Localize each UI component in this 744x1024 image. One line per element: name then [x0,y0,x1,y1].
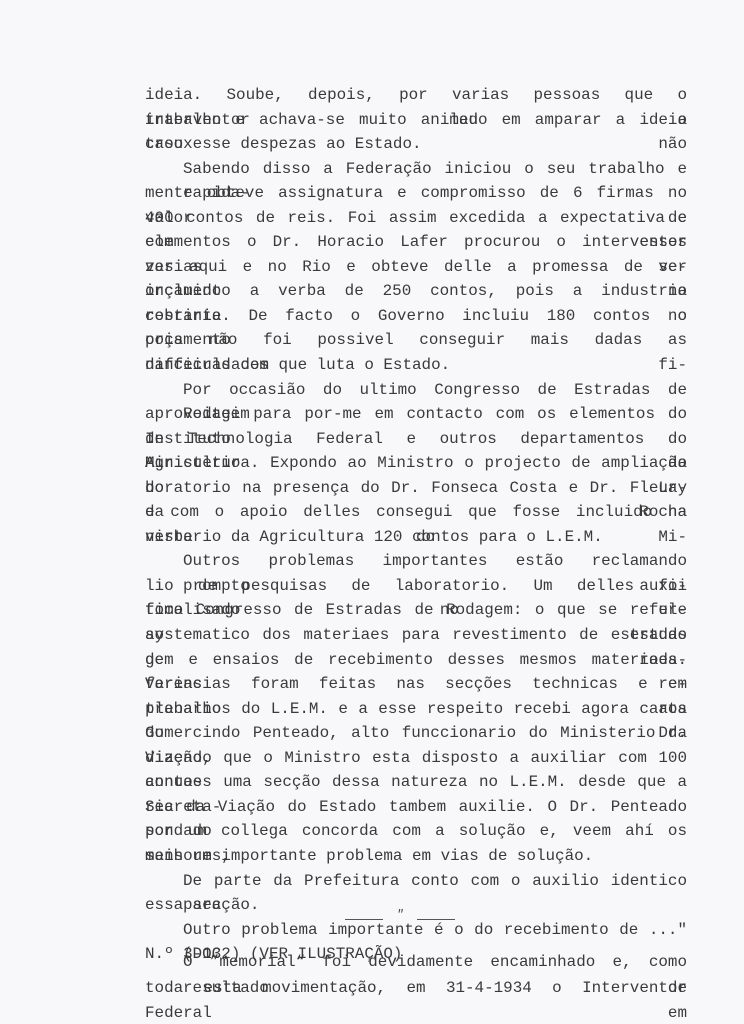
text-line: Gumercindo Penteado, alto funccionario d… [145,721,687,746]
text-line: timo Congresso de Estradas de Rodagem: o… [145,598,687,623]
text-line: trabalhos do L.E.M. e a esse respeito re… [145,697,687,722]
text-line: mais um importante problema em vias de s… [145,844,687,869]
text-line: dizendo que o Ministro esta disposto a a… [145,746,687,771]
text-line: ideia. Soube, depois, por varias pessoas… [145,83,687,108]
text-line: pois não foi possivel conseguir mais dad… [145,328,687,353]
text-line: gem e ensaios de recebimento desses mesm… [145,648,687,673]
text-line: systematico dos materiaes para revestime… [145,623,687,648]
text-line: Agricultura. Expondo ao Ministro o proje… [145,451,687,476]
text-line: Outros problemas importantes estão recla… [145,549,687,574]
text-line: O ”memorial“ foi devidamente encaminhado… [145,950,687,976]
text-line: 400 contos de reis. Foi assim excedida a… [145,206,687,231]
separator-rule-left [345,919,383,920]
text-line: trabalho e achava-se muito animado em am… [145,108,687,133]
text-line: e com o apoio delles consegui que fosse … [145,500,687,525]
text-line: orçamento a verba de 250 contos, pois a … [145,279,687,304]
text-line: restante. De facto o Governo incluiu 180… [145,304,687,329]
text-line: ria da Viação do Estado tambem auxilie. … [145,795,687,820]
body-text: ideia. Soube, depois, por varias pessoas… [145,83,687,967]
text-line: De parte da Prefeitura conto com o auxil… [145,869,687,894]
text-line: de Technologia Federal e outros departam… [145,427,687,452]
text-line: mente obteve assignatura e compromisso d… [145,181,687,206]
text-line: ferencias foram feitas nas secções techn… [145,672,687,697]
text-line: Sabendo disso a Federação iniciou o seu … [145,157,687,182]
text-line: Por occasião do ultimo Congresso de Estr… [145,378,687,403]
document-page: ideia. Soube, depois, por varias pessoas… [0,0,744,1024]
text-line: por um collega concorda com a solução e,… [145,819,687,844]
section-separator: ″ [345,905,455,925]
text-line: toda esta movimentação, em 31-4-1934 o I… [145,976,687,1002]
text-line: aproveitei para por-me em contacto com o… [145,402,687,427]
separator-rule-right [417,919,455,920]
text-line: boratorio na presença do Dr. Fonseca Cos… [145,476,687,501]
text-line: lio de pesquisas de laboratorio. Um dell… [145,574,687,599]
continuation-text: O ”memorial“ foi devidamente encaminhado… [145,950,687,1001]
text-line: zes aqui e no Rio e obteve delle a prome… [145,255,687,280]
separator-mark: ″ [396,908,403,922]
text-line: annuaes uma secção dessa natureza no L.E… [145,770,687,795]
text-line: elementos o Dr. Horacio Lafer procurou o… [145,230,687,255]
